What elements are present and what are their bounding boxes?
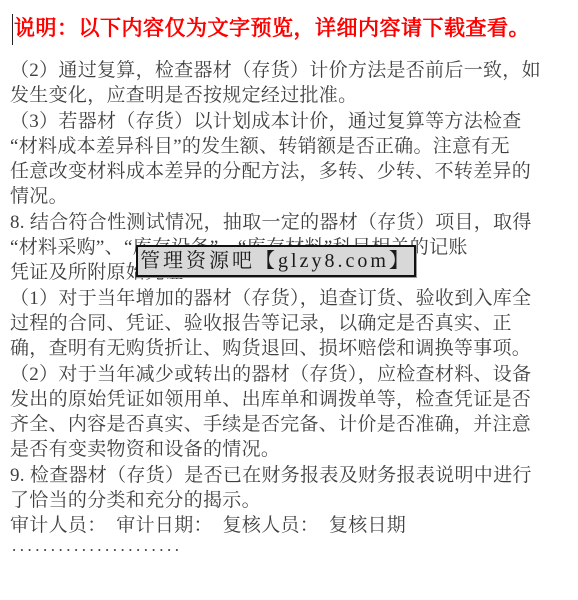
text-line: （3）若器材（存货）以计划成本计价，通过复算等方法检查 <box>10 109 574 134</box>
text-line: （2）对于当年减少或转出的器材（存货），应检查材料、设备 <box>10 362 574 387</box>
text-line: （1）对于当年增加的器材（存货），追查订货、验收到入库全 <box>10 286 574 311</box>
text-line: 过程的合同、凭证、验收报告等记录，以确定是否真实、正 <box>10 311 574 336</box>
text-line: 任意改变材料成本差异的分配方法，多转、少转、不转差异的 <box>10 159 574 184</box>
text-line: 发出的原始凭证如领用单、出库单和调拨单等，检查凭证是否 <box>10 387 574 412</box>
watermark-badge: 管理资源吧【glzy8.com】 <box>136 245 416 277</box>
text-line: （2）通过复算，检查器材（存货）计价方法是否前后一致，如 <box>10 58 574 83</box>
text-line: 8. 结合符合性测试情况，抽取一定的器材（存货）项目，取得 <box>10 210 574 235</box>
text-line: 是否有变卖物资和设备的情况。 <box>10 437 574 462</box>
text-line: 确，查明有无购货折让、购货退回、损坏赔偿和调换等事项。 <box>10 336 574 361</box>
text-line: 9. 检查器材（存货）是否已在财务报表及财务报表说明中进行 <box>10 463 574 488</box>
text-cursor <box>12 14 13 45</box>
document-text: （2）通过复算，检查器材（存货）计价方法是否前后一致，如发生变化，应查明是否按规… <box>10 58 574 539</box>
text-line: 发生变化，应查明是否按规定经过批准。 <box>10 83 574 108</box>
preview-page: 说明：以下内容仅为文字预览，详细内容请下载查看。 （2）通过复算，检查器材（存货… <box>0 0 578 600</box>
text-line: 齐全、内容是否真实、手续是否完备、计价是否准确，并注意 <box>10 412 574 437</box>
text-line: 审计人员： 审计日期： 复核人员： 复核日期 <box>10 513 574 538</box>
preview-notice: 说明：以下内容仅为文字预览，详细内容请下载查看。 <box>14 13 530 44</box>
dots-line: ...................... <box>12 536 183 556</box>
text-line: 情况。 <box>10 184 574 209</box>
text-line: “材料成本差异科目”的发生额、转销额是否正确。注意有无 <box>10 134 574 159</box>
text-line: 了恰当的分类和充分的揭示。 <box>10 488 574 513</box>
